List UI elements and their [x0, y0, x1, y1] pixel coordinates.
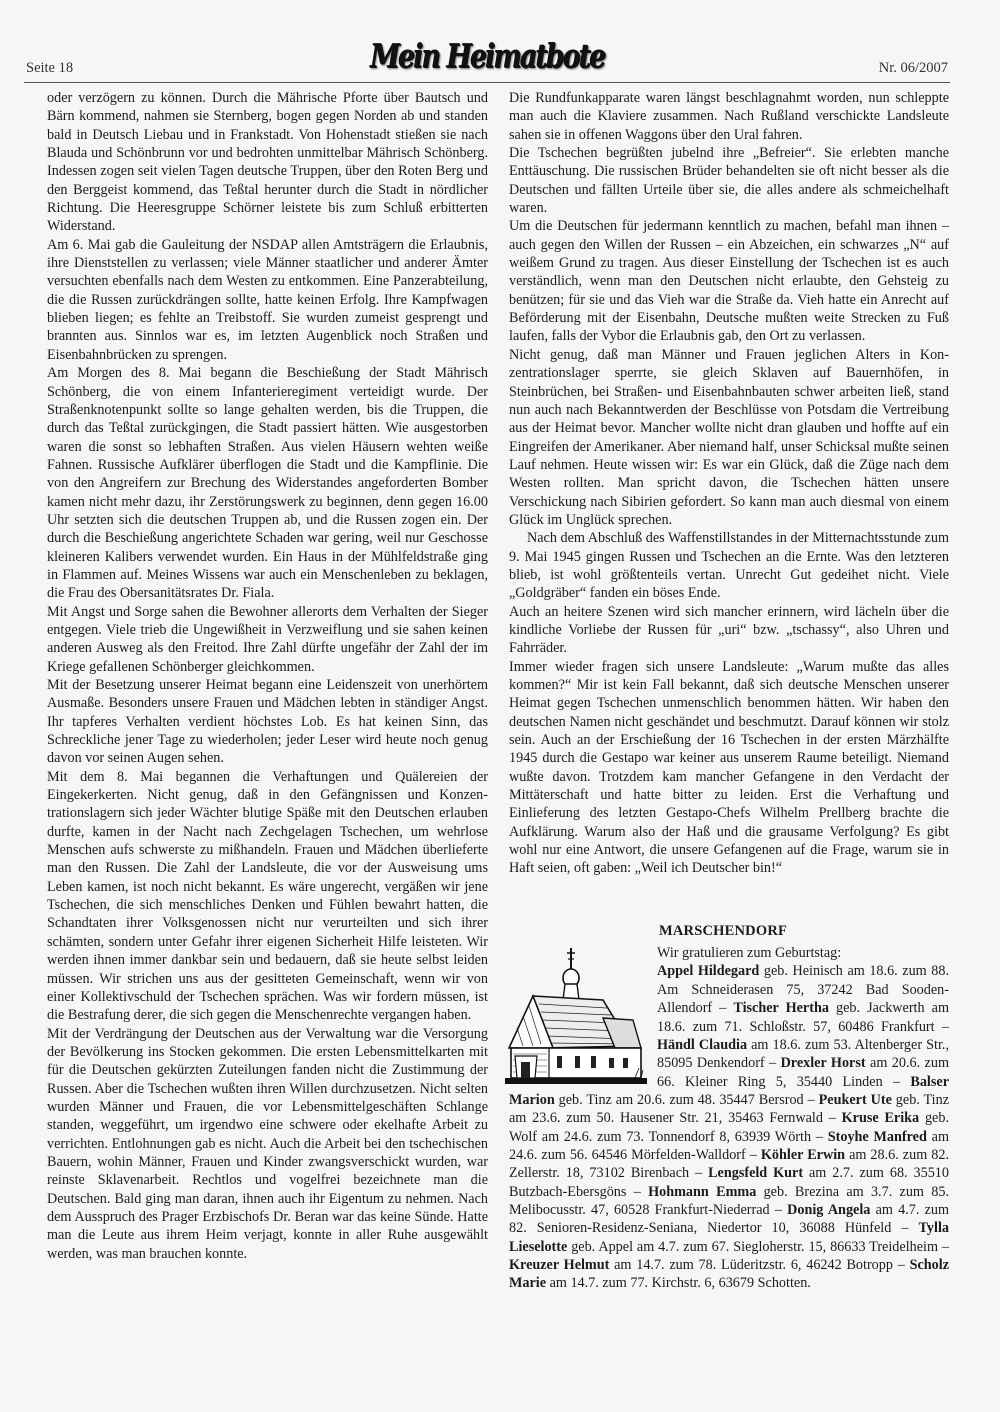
article-column-left: oder verzögern zu können. Durch die Mähr… — [47, 89, 488, 1263]
paragraph: Am Morgen des 8. Mai begann die Beschieß… — [47, 364, 488, 602]
masthead-logo: Mein Heimatbote — [370, 36, 604, 75]
paragraph: Immer wieder fragen sich unsere Landsleu… — [509, 658, 949, 878]
paragraph: Nach dem Abschluß des Waffenstillstandes… — [509, 529, 949, 602]
paragraph: Nicht genug, daß man Männer und Frauen j… — [509, 346, 949, 529]
page-number: Seite 18 — [26, 60, 73, 77]
entry-details: geb. Appel am 4.7. zum 67. Sieg­loherstr… — [567, 1239, 949, 1255]
page-header: Seite 18 Mein Heimatbote Nr. 06/2007 — [24, 44, 950, 83]
person-name: Peukert Ute — [819, 1092, 892, 1108]
person-name: Lengsfeld Kurt — [708, 1165, 803, 1181]
person-name: Drexler Horst — [781, 1055, 866, 1071]
article-column-right: Die Rundfunkapparate waren längst beschl… — [509, 89, 949, 1293]
person-name: Hohmann Emma — [648, 1184, 756, 1200]
person-name: Händl Claudia — [657, 1037, 747, 1053]
paragraph: Auch an heitere Szenen wird sich mancher… — [509, 603, 949, 658]
paragraph: Mit der Besetzung unserer Heimat begann … — [47, 676, 488, 768]
paragraph: Mit Angst und Sorge sahen die Bewohner a… — [47, 603, 488, 676]
paragraph: Die Tschechen begrüßten jubelnd ihre „Be… — [509, 144, 949, 217]
paragraph: Am 6. Mai gab die Gauleitung der NSDAP a… — [47, 236, 488, 364]
person-name: Stoyhe Manfred — [828, 1129, 927, 1145]
entry-details: am 14.7. zum 78. Lüderitzstr. 6, 46242 B… — [609, 1257, 909, 1273]
paragraph: Um die Deutschen für jedermann kenntlich… — [509, 217, 949, 345]
section-heading-marschendorf: MARSCHENDORF — [509, 922, 949, 940]
entry-details: geb. Tinz am 20.6. zum 48. 35447 Bersrod… — [555, 1092, 819, 1108]
person-name: Kreuzer Helmut — [509, 1257, 609, 1273]
person-name: Kruse Erika — [842, 1110, 920, 1126]
entry-details: am 14.7. zum 77. Kirchstr. 6, 63679 Scho… — [546, 1275, 811, 1291]
birthday-section: Wir gratulieren zum Geburtstag: Appel Hi… — [509, 944, 949, 1293]
person-name: Tischer Hertha — [733, 1000, 829, 1016]
person-name: Appel Hildegard — [657, 963, 759, 979]
paragraph: Mit dem 8. Mai begannen die Verhaftungen… — [47, 768, 488, 1025]
person-name: Köhler Erwin — [761, 1147, 845, 1163]
person-name: Donig An­gela — [787, 1202, 870, 1218]
paragraph: oder verzögern zu können. Durch die Mähr… — [47, 89, 488, 236]
issue-number: Nr. 06/2007 — [879, 60, 948, 77]
paragraph: Mit der Verdrängung der Deutschen aus de… — [47, 1025, 488, 1263]
paragraph: Die Rundfunkapparate waren längst beschl… — [509, 89, 949, 144]
newspaper-page: Seite 18 Mein Heimatbote Nr. 06/2007 ode… — [0, 0, 1000, 1412]
church-illustration-icon — [503, 944, 649, 1088]
